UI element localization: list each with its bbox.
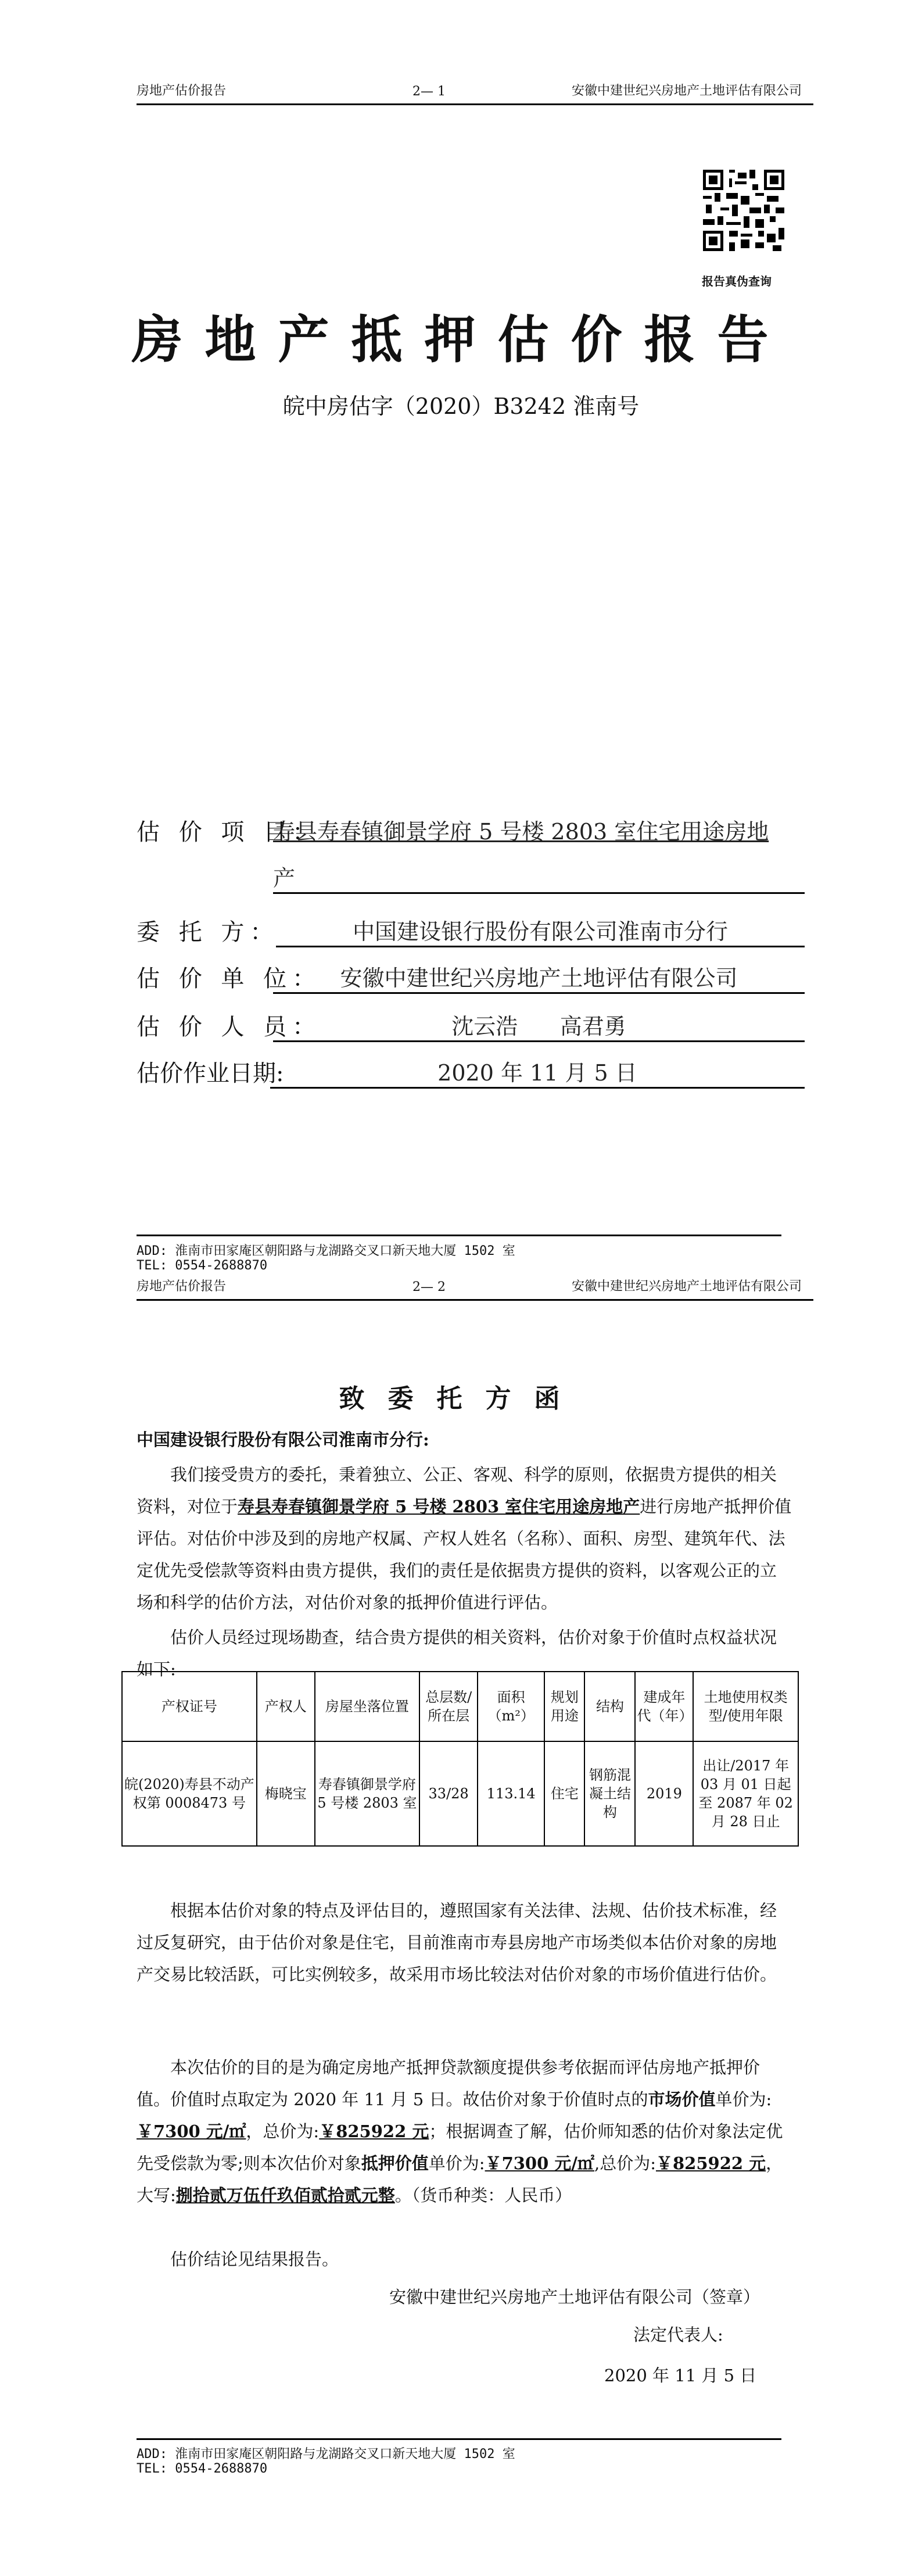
col-cert-no: 产权证号 <box>122 1672 257 1741</box>
cell: 2019 <box>635 1741 693 1846</box>
text: ,总价为: <box>594 2153 656 2173</box>
footer-divider <box>137 2438 781 2440</box>
col-floors: 总层数/所在层 <box>419 1672 478 1741</box>
addressee: 中国建设银行股份有限公司淮南市分行: <box>137 1424 793 1456</box>
legal-representative: 法定代表人: <box>633 2322 723 2346</box>
report-number: 皖中房估字（2020）B3242 淮南号 <box>0 388 922 420</box>
page-number: 2— 1 <box>412 84 446 99</box>
footer-divider <box>137 1235 781 1236</box>
appraisers-value: 沈云浩 高君勇 <box>273 1008 805 1042</box>
header-title: 房地产估价报告 <box>137 81 226 99</box>
amount-in-words: 捌拾贰万伍仟玖佰贰拾贰元整 <box>176 2185 395 2205</box>
signature-company: 安徽中建世纪兴房地产土地评估有限公司（签章） <box>389 2284 760 2308</box>
table-header-row: 产权证号 产权人 房屋坐落位置 总层数/所在层 面积（m²） 规划用途 结构 建… <box>122 1672 798 1741</box>
project-value-cont: 产 <box>273 860 805 894</box>
text: 单价为: <box>429 2153 485 2173</box>
text: ，总价为: <box>246 2121 319 2141</box>
cell: 住宅 <box>544 1741 584 1846</box>
project-value: 寿县寿春镇御景学府 5 号楼 2803 室住宅用途房地 <box>273 814 805 846</box>
market-unit-price: ￥7300 元/㎡ <box>137 2121 246 2141</box>
signature-date: 2020 年 11 月 5 日 <box>604 2363 756 2387</box>
table-row: 皖(2020)寿县不动产权第 0008473 号 梅晓宝 寿春镇御景学府 5 号… <box>122 1741 798 1846</box>
header-company: 安徽中建世纪兴房地产土地评估有限公司 <box>572 81 802 99</box>
cell: 出让/2017 年 03 月 01 日起至 2087 年 02 月 28 日止 <box>693 1741 798 1846</box>
header-company: 安徽中建世纪兴房地产土地评估有限公司 <box>572 1276 802 1294</box>
footer-phone: TEL: 0554-2688870 <box>137 1258 267 1273</box>
col-use: 规划用途 <box>544 1672 584 1741</box>
paragraph-valuation: 本次估价的目的是为确定房地产抵押贷款额度提供参考依据而评估房地产抵押价值。价值时… <box>137 2052 793 2212</box>
col-year: 建成年代（年） <box>635 1672 693 1741</box>
paragraph-method: 根据本估价对象的特点及评估目的，遵照国家有关法律、法规、估价技术标准，经过反复研… <box>137 1895 793 1991</box>
footer-address: ADD: 淮南市田家庵区朝阳路与龙湖路交叉口新天地大厦 1502 室 <box>137 1241 515 1259</box>
page-number: 2— 2 <box>412 1280 446 1294</box>
mortgage-value-label: 抵押价值 <box>361 2153 429 2173</box>
cell: 皖(2020)寿县不动产权第 0008473 号 <box>122 1741 257 1846</box>
cell: 113.14 <box>478 1741 544 1846</box>
col-structure: 结构 <box>584 1672 635 1741</box>
property-table: 产权证号 产权人 房屋坐落位置 总层数/所在层 面积（m²） 规划用途 结构 建… <box>121 1671 799 1847</box>
qr-code-icon[interactable] <box>703 170 784 251</box>
footer-address: ADD: 淮南市田家庵区朝阳路与龙湖路交叉口新天地大厦 1502 室 <box>137 2444 515 2462</box>
text: 单价为: <box>715 2090 772 2109</box>
cell: 寿春镇御景学府 5 号楼 2803 室 <box>315 1741 420 1846</box>
cell: 33/28 <box>419 1741 478 1846</box>
col-land-use: 土地使用权类型/使用年限 <box>693 1672 798 1741</box>
paragraph-intro: 我们接受贵方的委托，秉着独立、公正、客观、科学的原则，依据贵方提供的相关资料，对… <box>137 1459 793 1619</box>
property-address: 寿县寿春镇御景学府 5 号楼 2803 室住宅用途房地产 <box>238 1497 640 1516</box>
qr-label: 报告真伪查询 <box>702 272 772 289</box>
report-title: 房地产抵押估价报告 <box>0 299 922 373</box>
market-total: ￥825922 元 <box>319 2121 429 2141</box>
date-label: 估价作业日期: <box>137 1055 284 1088</box>
page-header: 房地产估价报告 2— 1 安徽中建世纪兴房地产土地评估有限公司 <box>137 80 813 105</box>
header-title: 房地产估价报告 <box>137 1276 226 1294</box>
market-value-label: 市场价值 <box>648 2090 715 2109</box>
client-value: 中国建设银行股份有限公司淮南市分行 <box>276 914 805 947</box>
client-label: 委 托 方： <box>137 914 279 947</box>
mortgage-total: ￥825922 元 <box>656 2153 766 2173</box>
footer-phone: TEL: 0554-2688870 <box>137 2461 267 2476</box>
date-value: 2020 年 11 月 5 日 <box>270 1055 805 1089</box>
cell: 梅晓宝 <box>257 1741 315 1846</box>
cell: 钢筋混凝土结构 <box>584 1741 635 1846</box>
col-owner: 产权人 <box>257 1672 315 1741</box>
col-area: 面积（m²） <box>478 1672 544 1741</box>
appraiser-org-value: 安徽中建世纪兴房地产土地评估有限公司 <box>273 960 805 994</box>
col-location: 房屋坐落位置 <box>315 1672 420 1741</box>
letter-title: 致委托方函 <box>0 1378 922 1415</box>
paragraph-conclusion: 估价结论见结果报告。 <box>137 2244 793 2276</box>
page-header-2: 房地产估价报告 2— 2 安徽中建世纪兴房地产土地评估有限公司 <box>137 1276 813 1301</box>
mortgage-unit-price: ￥7300 元/㎡ <box>485 2153 594 2173</box>
text: 。（货币种类：人民币） <box>395 2185 572 2205</box>
